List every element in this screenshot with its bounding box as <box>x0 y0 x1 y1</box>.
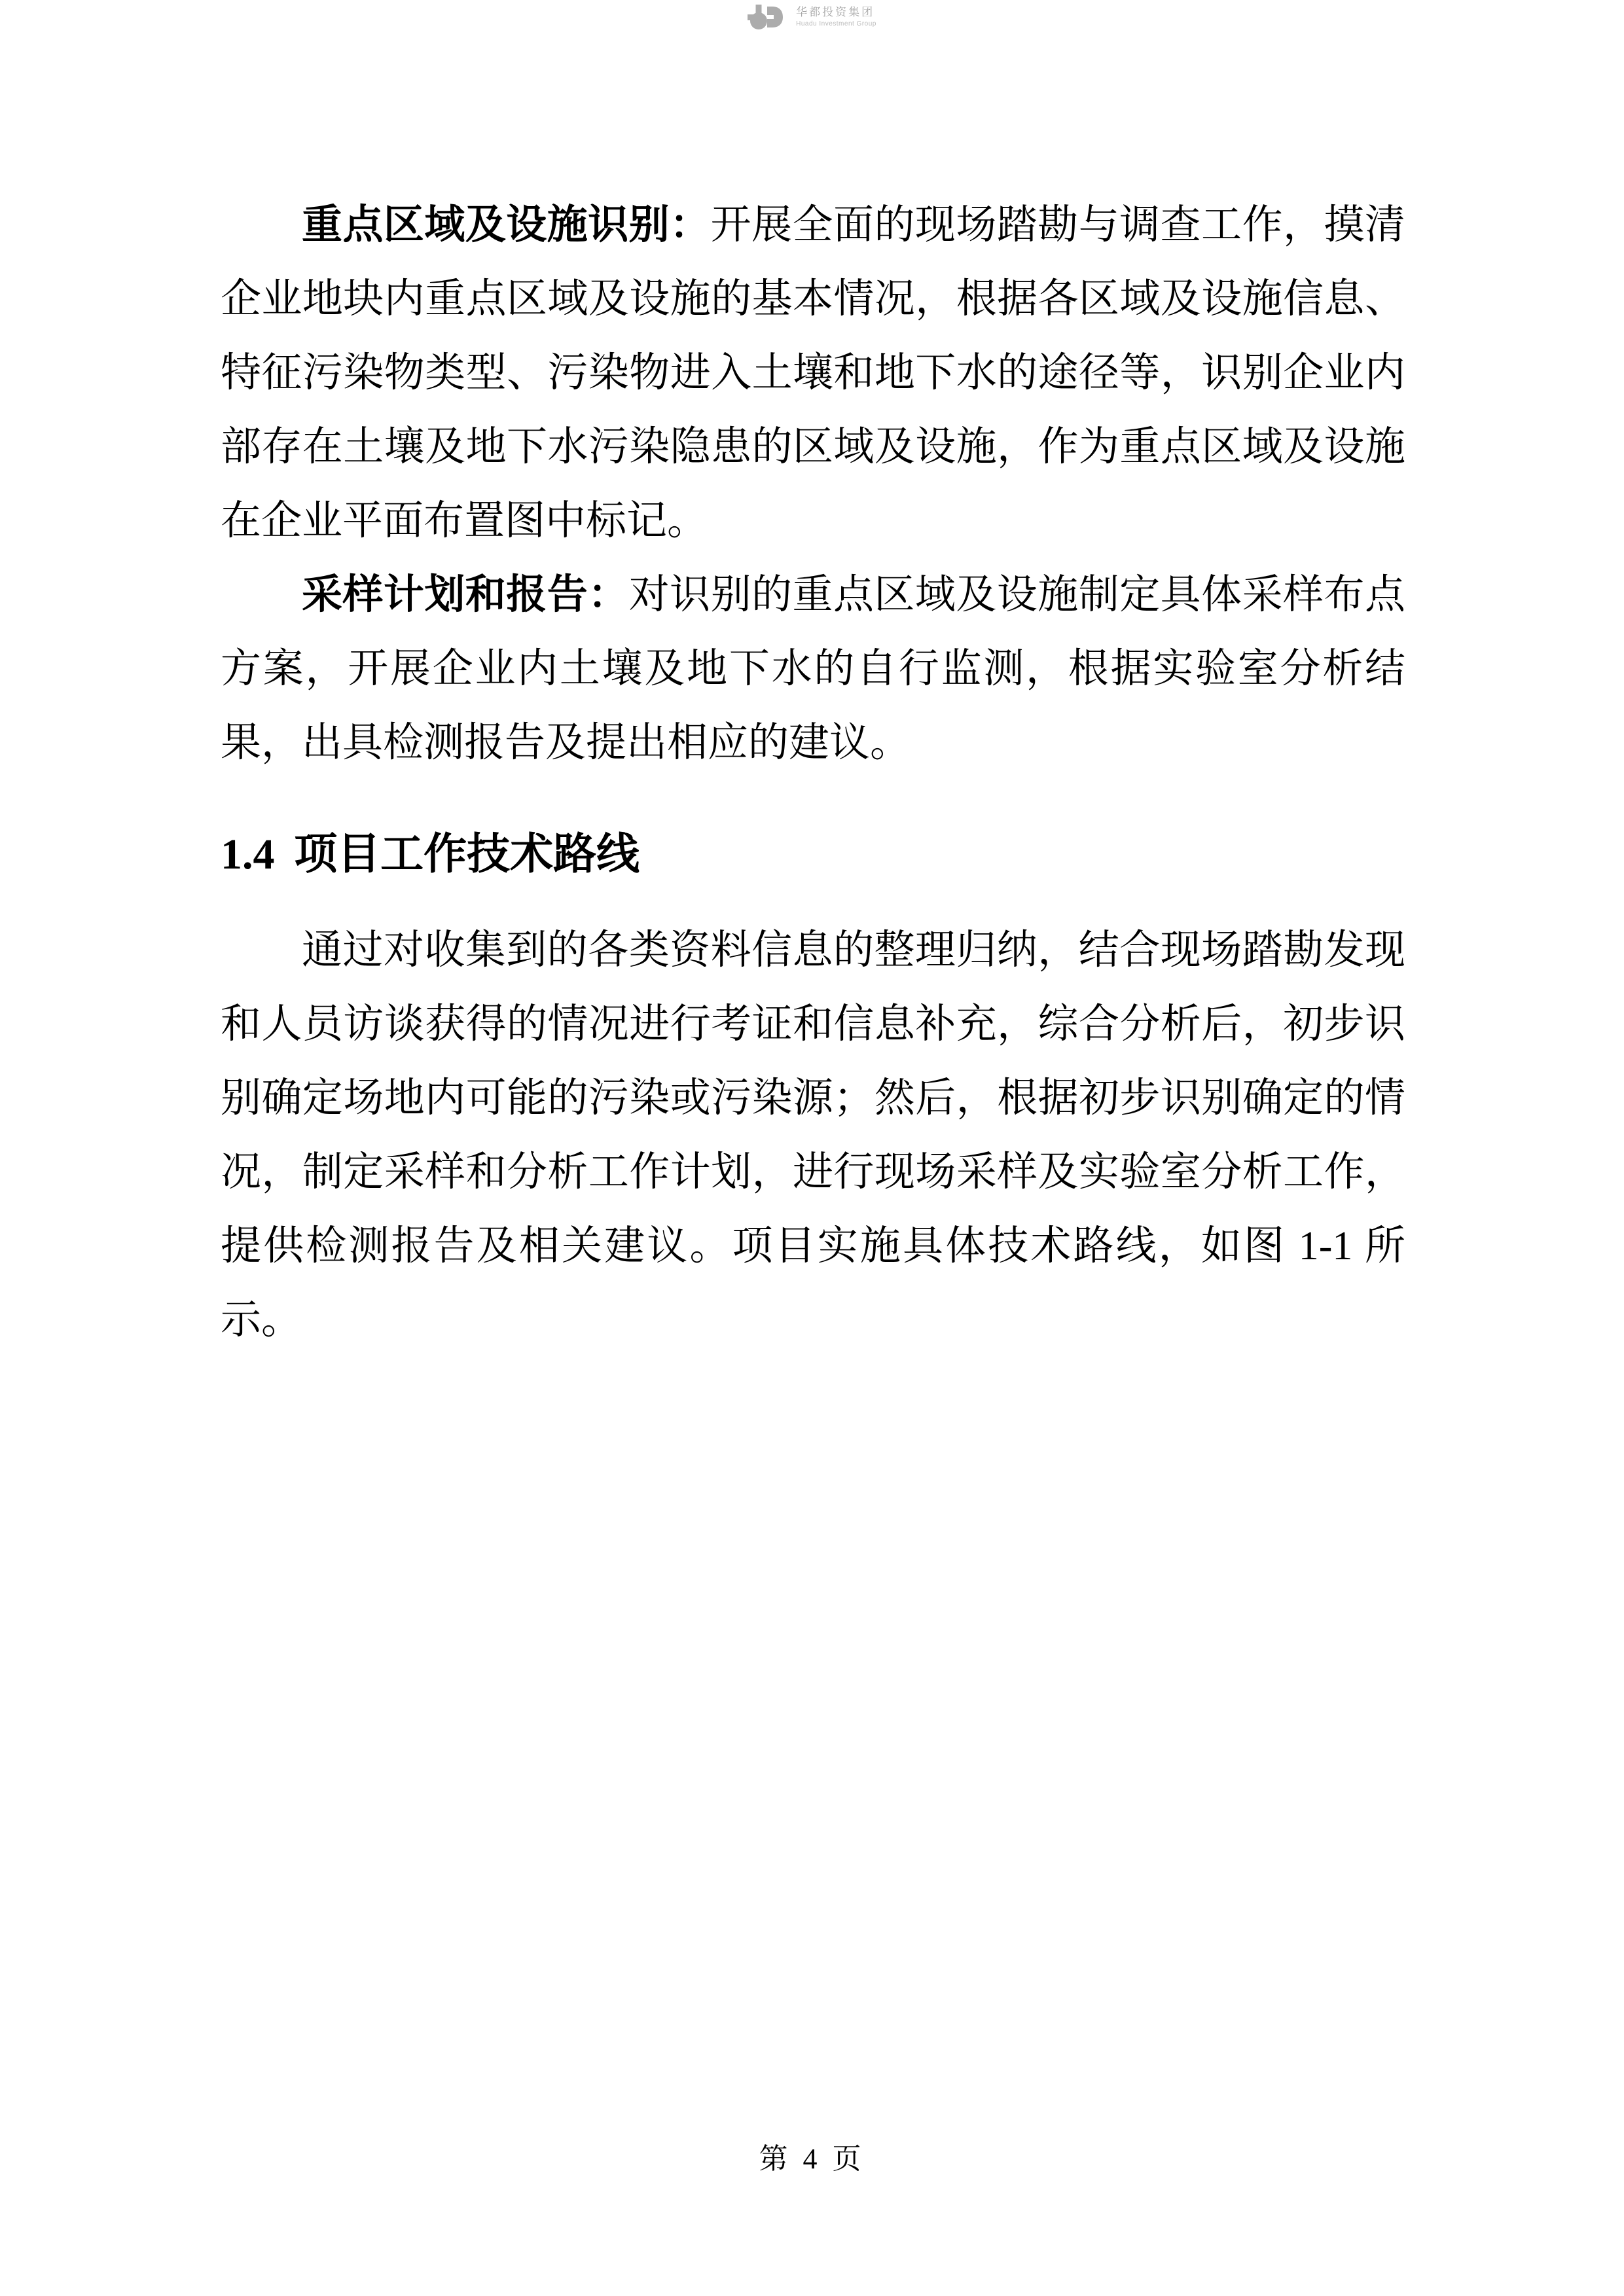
paragraph-sampling-plan: 采样计划和报告：对识别的重点区域及设施制定具体采样布点方案，开展企业内土壤及地下… <box>221 558 1405 780</box>
company-name-cn: 华都投资集团 <box>796 6 876 19</box>
paragraph-key-areas: 重点区域及设施识别：开展全面的现场踏勘与调查工作，摸清企业地块内重点区域及设施的… <box>221 188 1405 558</box>
huadu-logo-icon <box>748 4 785 30</box>
company-logo: 华都投资集团 Huadu Investment Group <box>748 4 876 30</box>
section-number: 1.4 <box>221 831 275 878</box>
page-footer: 第 4 页 <box>0 2135 1624 2177</box>
page-header: 华都投资集团 Huadu Investment Group <box>0 4 1624 30</box>
section-heading-1-4: 1.4项目工作技术路线 <box>221 822 1405 888</box>
paragraph-technical-route: 通过对收集到的各类资料信息的整理归纳，结合现场踏勘发现和人员访谈获得的情况进行考… <box>221 914 1405 1357</box>
document-body: 重点区域及设施识别：开展全面的现场踏勘与调查工作，摸清企业地块内重点区域及设施的… <box>221 188 1405 1357</box>
section-title: 项目工作技术路线 <box>294 831 640 878</box>
paragraph-text-key-areas: 开展全面的现场踏勘与调查工作，摸清企业地块内重点区域及设施的基本情况，根据各区域… <box>221 203 1405 543</box>
paragraph-text-technical-route: 通过对收集到的各类资料信息的整理归纳，结合现场踏勘发现和人员访谈获得的情况进行考… <box>221 928 1405 1342</box>
document-page: 华都投资集团 Huadu Investment Group 重点区域及设施识别：… <box>0 0 1624 2296</box>
page-number: 第 4 页 <box>759 2143 865 2175</box>
company-name-en: Huadu Investment Group <box>796 20 876 28</box>
paragraph-lead-sampling-plan: 采样计划和报告： <box>302 573 629 617</box>
paragraph-lead-key-areas: 重点区域及设施识别： <box>302 203 711 247</box>
logo-text: 华都投资集团 Huadu Investment Group <box>796 6 876 27</box>
